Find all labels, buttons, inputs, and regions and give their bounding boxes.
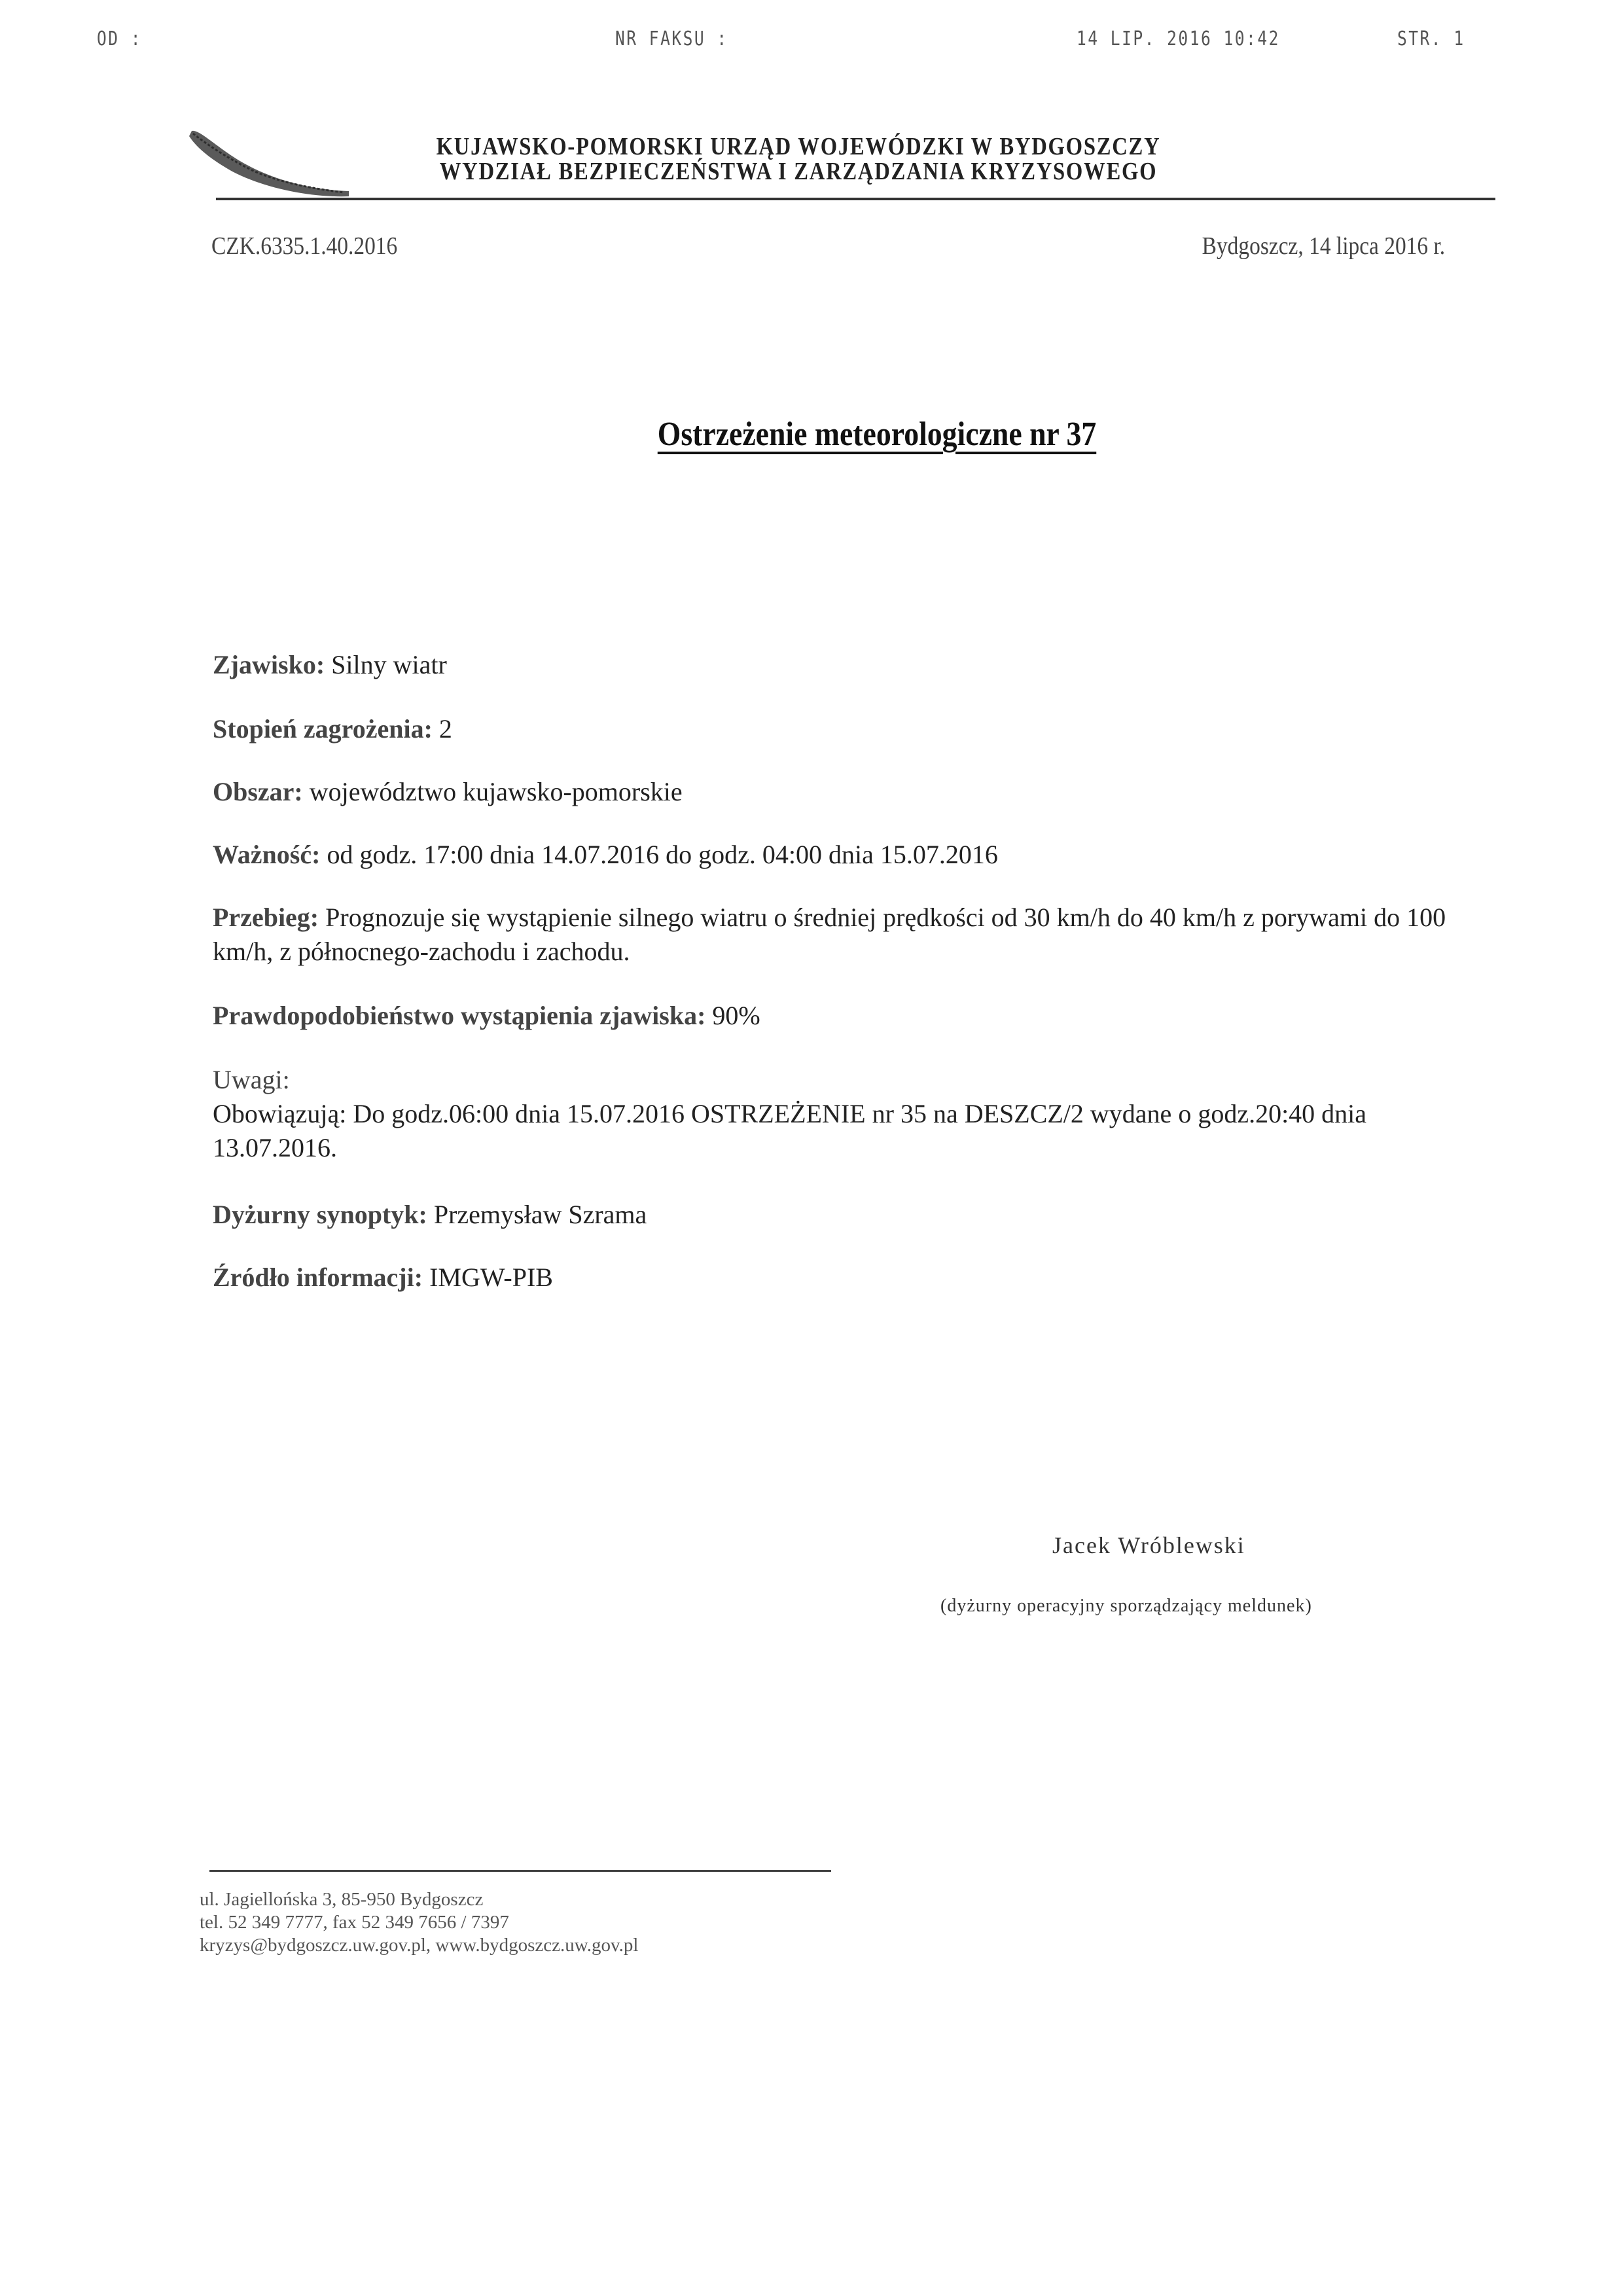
field-course: Przebieg: Prognozuje się wystąpienie sil…: [213, 901, 1489, 969]
fax-number-label: NR FAKSU :: [615, 27, 728, 50]
document-title: Ostrzeżenie meteorologiczne nr 37: [474, 415, 1280, 454]
field-value: 90%: [712, 1001, 760, 1030]
field-value: IMGW-PIB: [429, 1263, 553, 1292]
field-label: Ważność:: [213, 840, 320, 869]
footer-contact: kryzys@bydgoszcz.uw.gov.pl, www.bydgoszc…: [200, 1934, 638, 1956]
field-label: Stopień zagrożenia:: [213, 714, 433, 744]
signatory-name: Jacek Wróblewski: [1052, 1532, 1245, 1559]
fax-page-number: STR. 1: [1397, 27, 1465, 50]
field-probability: Prawdopodobieństwo wystąpienia zjawiska:…: [213, 999, 1456, 1033]
field-label: Prawdopodobieństwo wystąpienia zjawiska:: [213, 1001, 705, 1030]
organization-name: KUJAWSKO-POMORSKI URZĄD WOJEWÓDZKI W BYD…: [404, 134, 1192, 160]
place-and-date: Bydgoszcz, 14 lipca 2016 r.: [1202, 232, 1445, 260]
field-forecaster: Dyżurny synoptyk: Przemysław Szrama: [213, 1198, 1456, 1232]
reference-number: CZK.6335.1.40.2016: [211, 232, 397, 260]
field-label: Uwagi:: [213, 1063, 1430, 1097]
field-label: Źródło informacji:: [213, 1263, 423, 1292]
footer-phones: tel. 52 349 7777, fax 52 349 7656 / 7397: [200, 1911, 509, 1933]
field-label: Przebieg:: [213, 903, 319, 932]
field-threat-level: Stopień zagrożenia: 2: [213, 712, 1456, 746]
field-label: Dyżurny synoptyk:: [213, 1200, 427, 1229]
field-value: województwo kujawsko-pomorskie: [310, 777, 683, 806]
fax-from-label: OD :: [97, 27, 142, 50]
field-remarks: Uwagi: Obowiązują: Do godz.06:00 dnia 15…: [213, 1063, 1430, 1165]
letterhead-divider: [216, 198, 1495, 200]
field-area: Obszar: województwo kujawsko-pomorskie: [213, 775, 1456, 809]
field-source: Źródło informacji: IMGW-PIB: [213, 1261, 1456, 1295]
field-label: Obszar:: [213, 777, 303, 806]
field-validity: Ważność: od godz. 17:00 dnia 14.07.2016 …: [213, 838, 1456, 872]
field-value: Silny wiatr: [331, 650, 447, 679]
field-value: Prognozuje się wystąpienie silnego wiatr…: [213, 903, 1446, 966]
signatory-role: (dyżurny operacyjny sporządzający meldun…: [940, 1596, 1312, 1617]
fax-datetime: 14 LIP. 2016 10:42: [1077, 27, 1280, 50]
field-value: 2: [439, 714, 452, 744]
field-value: Przemysław Szrama: [434, 1200, 647, 1229]
footer-address: ul. Jagiellońska 3, 85-950 Bydgoszcz: [200, 1888, 483, 1910]
field-phenomenon: Zjawisko: Silny wiatr: [213, 648, 1456, 682]
field-value: od godz. 17:00 dnia 14.07.2016 do godz. …: [327, 840, 997, 869]
footer-divider: [209, 1870, 831, 1872]
department-name: WYDZIAŁ BEZPIECZEŃSTWA I ZARZĄDZANIA KRY…: [404, 158, 1192, 185]
field-label: Zjawisko:: [213, 650, 325, 679]
eagle-wing-logo-icon: [187, 124, 357, 203]
field-value: Obowiązują: Do godz.06:00 dnia 15.07.201…: [213, 1097, 1430, 1165]
